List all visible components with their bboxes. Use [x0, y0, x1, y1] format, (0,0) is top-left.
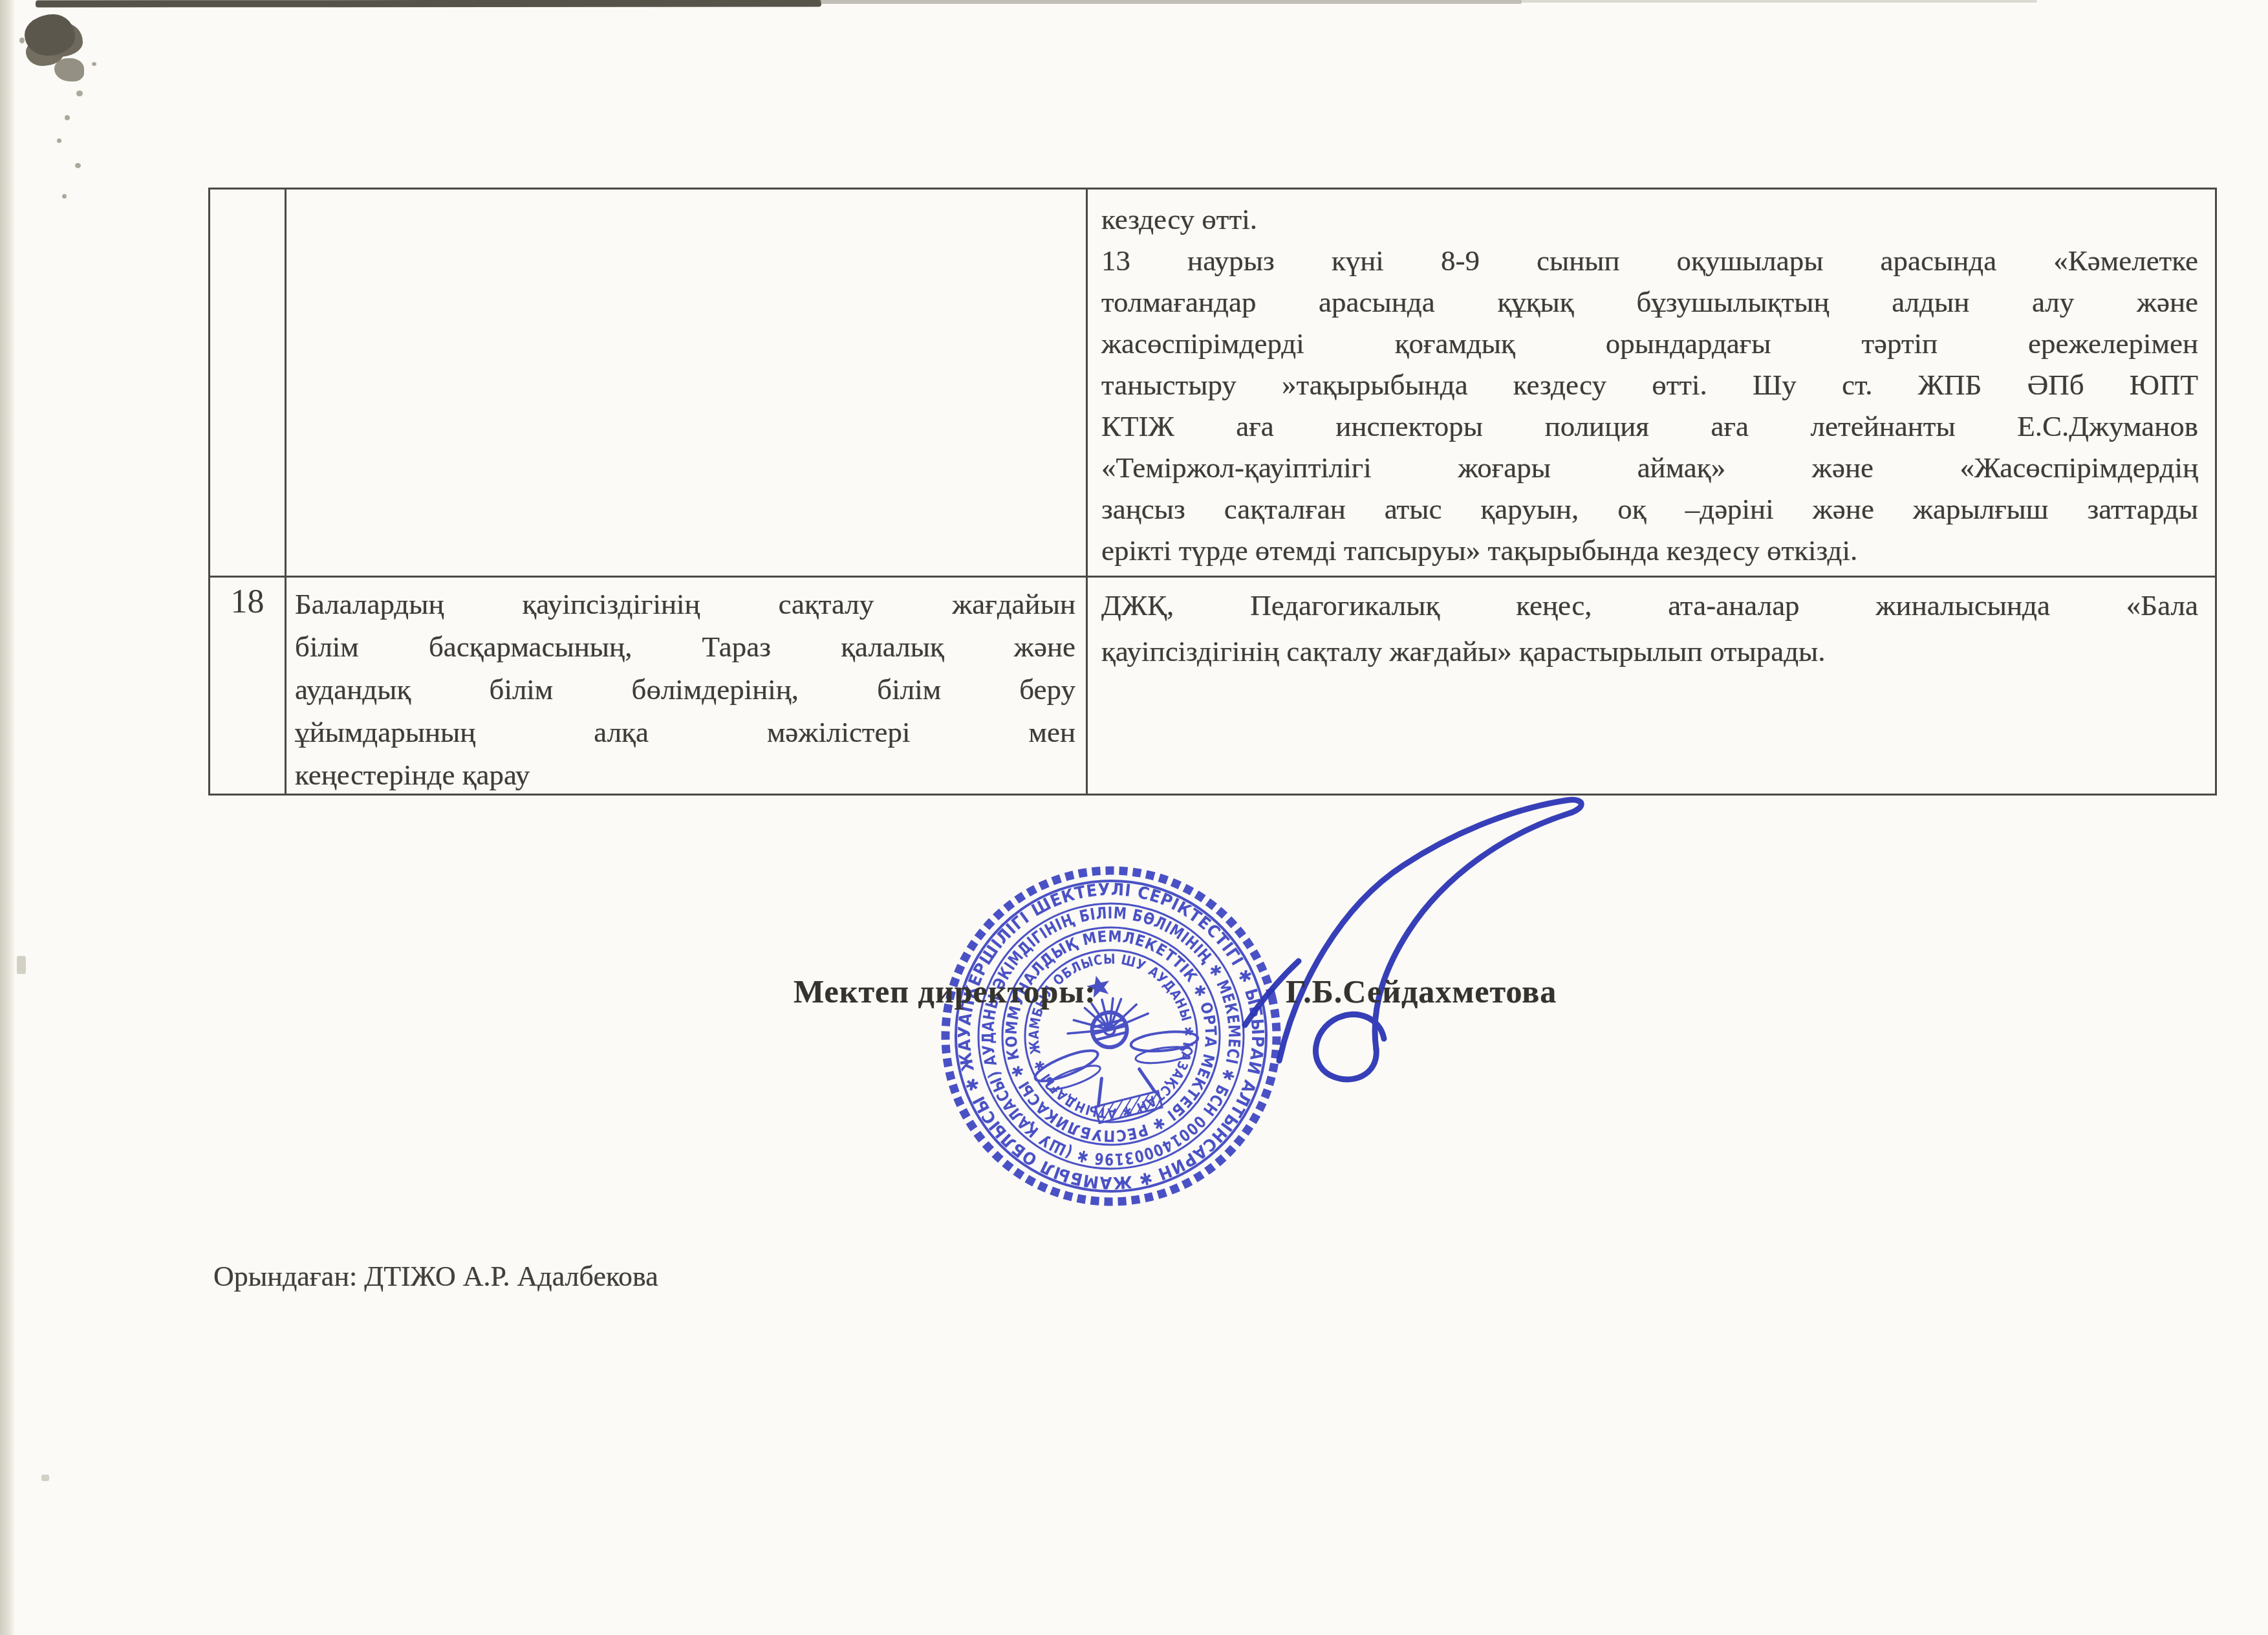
measure-cell: Балалардың қауіпсіздігінің сақталу жағда… — [286, 578, 1088, 794]
ink-speck — [65, 115, 70, 120]
text-line: білім басқармасының, Тараз қалалық және — [295, 625, 1075, 668]
text-line: ДЖҚ, Педагогикалық кеңес, ата-аналар жин… — [1101, 583, 2198, 629]
document-page: кездесу өтті.13 наурыз күні 8-9 сынып оқ… — [0, 0, 2268, 1635]
ink-speck — [57, 138, 61, 143]
director-signature-label: Мектеп директоры: — [794, 973, 1096, 1010]
text-line: қауіпсіздігінің сақталу жағдайы» қарасты… — [1101, 629, 2198, 675]
scan-smudge — [17, 956, 26, 974]
text-line: толмағандар арасында құқық бұзушылықтың … — [1101, 281, 2198, 323]
scan-smudge — [41, 1475, 49, 1481]
row-number-cell: 18 — [210, 578, 286, 794]
scan-top-streak — [1520, 0, 2037, 3]
ink-blot — [25, 14, 75, 56]
result-cell: кездесу өтті.13 наурыз күні 8-9 сынып оқ… — [1088, 189, 2215, 576]
scan-top-streak — [36, 0, 821, 8]
row-number-cell — [210, 189, 286, 576]
text-line: кездесу өтті. — [1101, 199, 2198, 240]
ink-speck — [92, 62, 96, 66]
text-line: «Теміржол-қауіптілігі жоғары аймақ» және… — [1101, 447, 2198, 488]
ink-speck — [62, 194, 67, 199]
table-row-continuation: кездесу өтті.13 наурыз күні 8-9 сынып оқ… — [210, 189, 2215, 578]
text-line: заңсыз сақталған атыс қаруын, оқ –дәріні… — [1101, 488, 2198, 530]
text-line: аудандық білім бөлімдерінің, білім беру — [295, 668, 1075, 711]
measure-cell-empty — [286, 189, 1088, 576]
text-line: таныстыру »тақырыбында кездесу өтті. Шу … — [1101, 364, 2198, 406]
text-line: кеңестерінде қарау — [295, 753, 1075, 796]
text-line: ұйымдарының алқа мәжілістері мен — [295, 711, 1075, 753]
schedule-table: кездесу өтті.13 наурыз күні 8-9 сынып оқ… — [208, 188, 2217, 796]
text-line: ерікті түрде өтемді тапсыруы» тақырыбынд… — [1101, 530, 2198, 571]
director-name: Г.Б.Сейдахметова — [1286, 973, 1557, 1010]
signature-scribble — [1196, 744, 1649, 1106]
ink-speck — [76, 91, 83, 96]
ink-speck — [19, 38, 25, 43]
ink-blot — [54, 58, 84, 81]
text-line: 13 наурыз күні 8-9 сынып оқушылары арасы… — [1101, 240, 2198, 281]
executor-line: Орындаған: ДТІЖО А.Р. Адалбекова — [213, 1260, 658, 1293]
text-line: жасөспірімдерді қоғамдық орындардағы тәр… — [1101, 323, 2198, 364]
scan-top-streak — [820, 0, 1522, 4]
scan-edge-shadow — [0, 0, 16, 1635]
ink-speck — [75, 163, 81, 168]
text-line: КТІЖ аға инспекторы полиция аға летейнан… — [1101, 406, 2198, 447]
text-line: Балалардың қауіпсіздігінің сақталу жағда… — [295, 583, 1075, 625]
